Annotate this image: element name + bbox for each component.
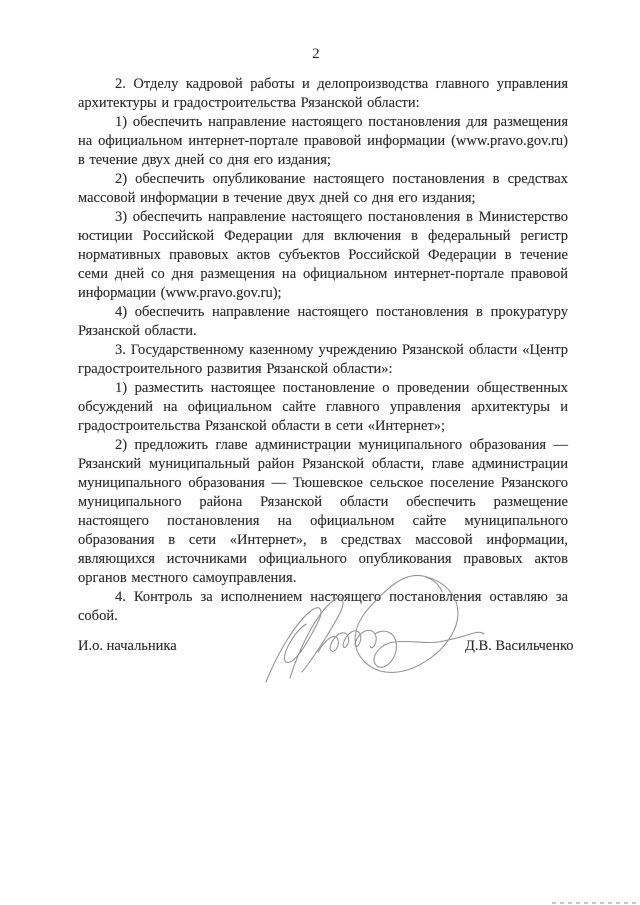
page-number: 2: [0, 46, 632, 63]
handwritten-signature-icon: [262, 568, 502, 700]
scanned-document-page: 2 2. Отделу кадровой работы и делопроизв…: [0, 0, 640, 905]
paragraph-2-item-2: 2) обеспечить опубликование настоящего п…: [78, 170, 568, 208]
paragraph-3-intro: 3. Государственному казенному учреждению…: [78, 341, 568, 379]
signer-name: Д.В. Васильченко: [465, 638, 574, 655]
signer-position-title: И.о. начальника: [78, 638, 177, 655]
paragraph-2-intro: 2. Отделу кадровой работы и делопроизвод…: [78, 75, 568, 113]
scan-artifact-dashes: [552, 902, 638, 904]
document-body: 2. Отделу кадровой работы и делопроизвод…: [78, 75, 568, 626]
paragraph-2-item-4: 4) обеспечить направление настоящего пос…: [78, 303, 568, 341]
paragraph-3-item-1: 1) разместить настоящее постановление о …: [78, 379, 568, 436]
paragraph-3-item-2: 2) предложить главе администрации муници…: [78, 436, 568, 588]
paragraph-2-item-3: 3) обеспечить направление настоящего пос…: [78, 208, 568, 303]
paragraph-2-item-1: 1) обеспечить направление настоящего пос…: [78, 113, 568, 170]
